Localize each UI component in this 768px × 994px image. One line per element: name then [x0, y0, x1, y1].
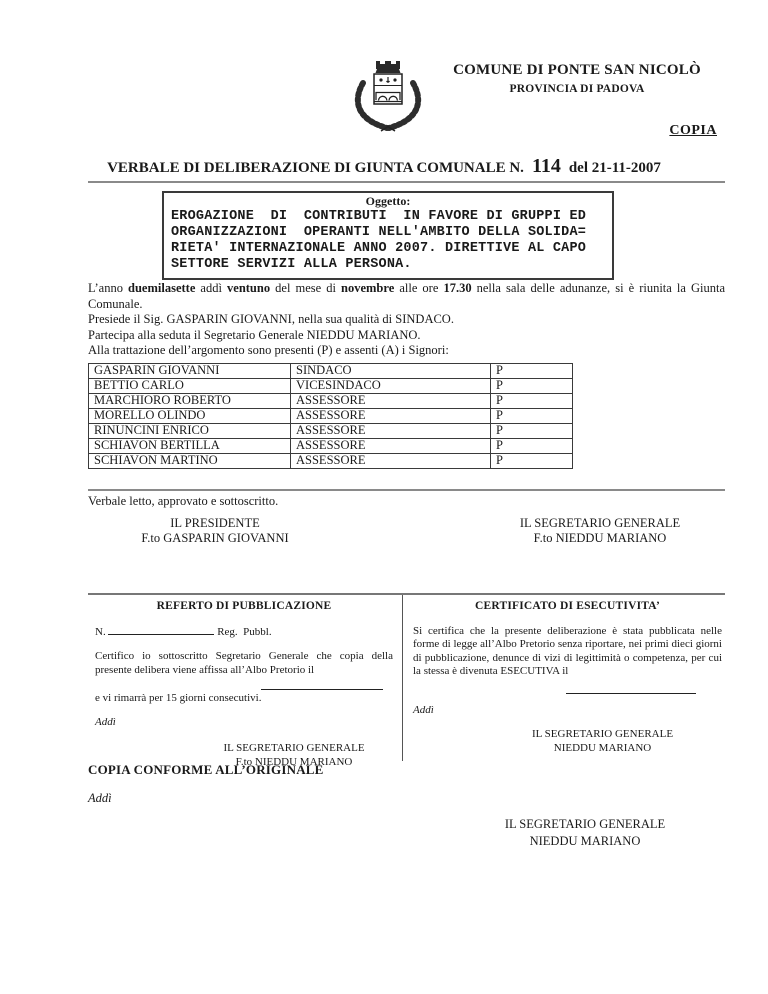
- referto-body2: e vi rimarrà per 15 giorni consecutivi.: [95, 692, 393, 706]
- secretary-name: F.to NIEDDU MARIANO: [500, 531, 700, 546]
- secretary-name: NIEDDU MARIANO: [470, 833, 700, 850]
- section-divider: [88, 489, 725, 491]
- title-divider: [88, 181, 725, 183]
- member-name: MARCHIORO ROBERTO: [89, 394, 291, 409]
- registry-number-blank: [108, 625, 214, 635]
- member-name: RINUNCINI ENRICO: [89, 424, 291, 439]
- president-title: IL PRESIDENTE: [115, 516, 315, 531]
- subject-label: Oggetto:: [164, 194, 612, 209]
- intro-segment: novembre: [341, 281, 394, 295]
- president-signature-block: IL PRESIDENTE F.to GASPARIN GIOVANNI: [115, 516, 315, 546]
- member-status: P: [491, 394, 573, 409]
- table-row: GASPARIN GIOVANNISINDACOP: [89, 364, 573, 379]
- deliberation-title: VERBALE DI DELIBERAZIONE DI GIUNTA COMUN…: [44, 155, 724, 178]
- member-role: ASSESSORE: [291, 439, 491, 454]
- certificates-section: REFERTO DI PUBBLICAZIONE N. Reg. Pubbl. …: [88, 593, 725, 761]
- member-name: BETTIO CARLO: [89, 379, 291, 394]
- secretary-title: IL SEGRETARIO GENERALE: [500, 516, 700, 531]
- intro-segment: L’anno: [88, 281, 128, 295]
- subject-box: Oggetto: EROGAZIONE DI CONTRIBUTI IN FAV…: [162, 191, 614, 280]
- member-status: P: [491, 379, 573, 394]
- addi-label: Addì: [95, 716, 393, 730]
- certificato-secretary-signature: IL SEGRETARIO GENERALE NIEDDU MARIANO: [413, 728, 722, 755]
- certificato-esecutivita-box: CERTIFICATO DI ESECUTIVITA’ Si certifica…: [403, 595, 725, 761]
- member-status: P: [491, 439, 573, 454]
- member-role: ASSESSORE: [291, 454, 491, 469]
- letterhead: COMUNE DI PONTE SAN NICOLÒ PROVINCIA DI …: [432, 62, 722, 95]
- copy-label: COPIA: [669, 123, 717, 139]
- subject-line: SETTORE SERVIZI ALLA PERSONA.: [164, 257, 612, 273]
- addi-label: Addì: [88, 791, 112, 806]
- trattazione-line: Alla trattazione dell’argomento sono pre…: [88, 343, 725, 359]
- member-role: ASSESSORE: [291, 409, 491, 424]
- attendance-table: GASPARIN GIOVANNISINDACOP BETTIO CARLOVI…: [88, 363, 573, 469]
- member-name: SCHIAVON MARTINO: [89, 454, 291, 469]
- certificato-body: Si certifica che la presente deliberazio…: [413, 625, 722, 679]
- closing-statement: Verbale letto, approvato e sottoscritto.: [88, 494, 278, 509]
- provincia-name: PROVINCIA DI PADOVA: [432, 83, 722, 95]
- executive-date-blank: [566, 686, 696, 694]
- registry-number-line: N. Reg. Pubbl.: [95, 625, 393, 640]
- subject-line: EROGAZIONE DI CONTRIBUTI IN FAVORE DI GR…: [164, 209, 612, 225]
- partecipa-line: Partecipa alla seduta il Segretario Gene…: [88, 328, 725, 344]
- table-row: BETTIO CARLOVICESINDACOP: [89, 379, 573, 394]
- member-role: VICESINDACO: [291, 379, 491, 394]
- municipal-coat-of-arms-icon: [345, 50, 431, 134]
- table-row: MORELLO OLINDOASSESSOREP: [89, 409, 573, 424]
- session-opening-sentence: L’anno duemilasette addì ventuno del mes…: [88, 281, 725, 312]
- secretary-title: IL SEGRETARIO GENERALE: [483, 728, 722, 742]
- member-role: ASSESSORE: [291, 394, 491, 409]
- intro-segment: ventuno: [227, 281, 270, 295]
- subject-line: RIETA' INTERNAZIONALE ANNO 2007. DIRETTI…: [164, 241, 612, 257]
- copia-conforme-heading: COPIA CONFORME ALL’ORIGINALE: [88, 762, 324, 778]
- reg-prefix: N.: [95, 626, 106, 638]
- president-name: F.to GASPARIN GIOVANNI: [115, 531, 315, 546]
- member-role: ASSESSORE: [291, 424, 491, 439]
- secretary-signature-block: IL SEGRETARIO GENERALE F.to NIEDDU MARIA…: [500, 516, 700, 546]
- member-name: MORELLO OLINDO: [89, 409, 291, 424]
- publication-date-blank: [261, 682, 383, 690]
- secretary-name: NIEDDU MARIANO: [483, 742, 722, 756]
- table-row: RINUNCINI ENRICOASSESSOREP: [89, 424, 573, 439]
- intro-segment: alle ore: [394, 281, 443, 295]
- table-row: SCHIAVON MARTINOASSESSOREP: [89, 454, 573, 469]
- footer-secretary-signature: IL SEGRETARIO GENERALE NIEDDU MARIANO: [470, 816, 700, 850]
- intro-segment: 17.30: [443, 281, 471, 295]
- member-name: GASPARIN GIOVANNI: [89, 364, 291, 379]
- member-status: P: [491, 424, 573, 439]
- comune-name: COMUNE DI PONTE SAN NICOLÒ: [432, 62, 722, 79]
- intro-segment: addì: [195, 281, 227, 295]
- member-status: P: [491, 409, 573, 424]
- document-page: COMUNE DI PONTE SAN NICOLÒ PROVINCIA DI …: [0, 0, 768, 994]
- referto-pubblicazione-box: REFERTO DI PUBBLICAZIONE N. Reg. Pubbl. …: [88, 595, 403, 761]
- referto-title: REFERTO DI PUBBLICAZIONE: [95, 600, 393, 614]
- title-prefix: VERBALE DI DELIBERAZIONE DI GIUNTA COMUN…: [107, 160, 524, 176]
- intro-segment: del mese di: [270, 281, 341, 295]
- addi-label: Addì: [413, 704, 722, 718]
- member-name: SCHIAVON BERTILLA: [89, 439, 291, 454]
- member-status: P: [491, 364, 573, 379]
- title-date: del 21-11-2007: [569, 160, 661, 176]
- table-row: MARCHIORO ROBERTOASSESSOREP: [89, 394, 573, 409]
- secretary-title: IL SEGRETARIO GENERALE: [470, 816, 700, 833]
- reg-suffix: Reg. Pubbl.: [214, 626, 271, 638]
- member-status: P: [491, 454, 573, 469]
- session-intro: L’anno duemilasette addì ventuno del mes…: [88, 281, 725, 359]
- table-row: SCHIAVON BERTILLAASSESSOREP: [89, 439, 573, 454]
- secretary-title: IL SEGRETARIO GENERALE: [195, 742, 393, 756]
- member-role: SINDACO: [291, 364, 491, 379]
- subject-line: ORGANIZZAZIONI OPERANTI NELL'AMBITO DELL…: [164, 225, 612, 241]
- referto-body: Certifico io sottoscritto Segretario Gen…: [95, 650, 393, 677]
- intro-segment: duemilasette: [128, 281, 195, 295]
- deliberation-number: 114: [532, 155, 561, 177]
- certificato-title: CERTIFICATO DI ESECUTIVITA’: [413, 600, 722, 614]
- presiede-line: Presiede il Sig. GASPARIN GIOVANNI, nell…: [88, 312, 725, 328]
